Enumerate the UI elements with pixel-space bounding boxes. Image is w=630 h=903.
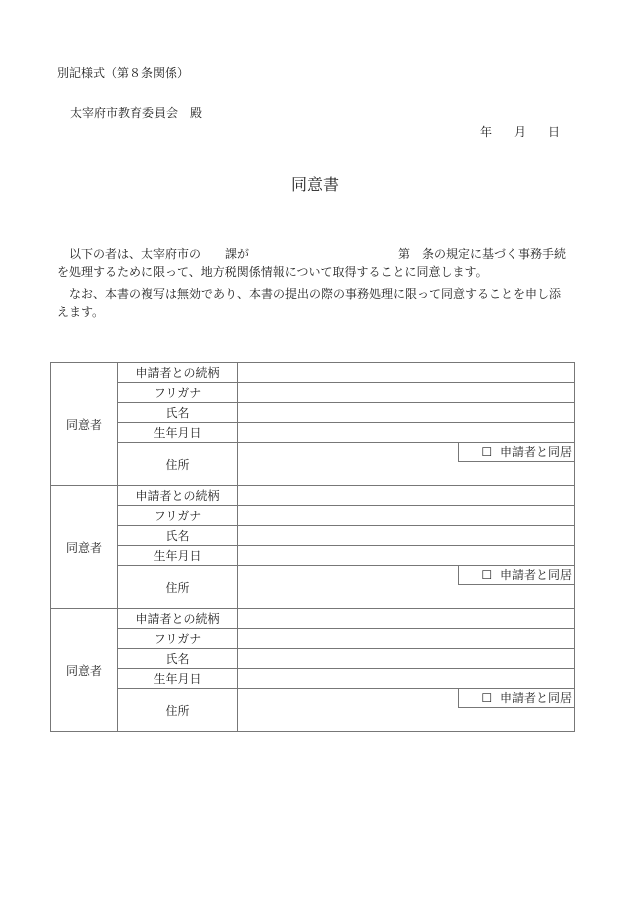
birthdate-input[interactable] [238, 546, 575, 566]
table-row: フリガナ [51, 383, 575, 403]
document-title: 同意書 [0, 175, 630, 195]
relationship-input[interactable] [238, 363, 575, 383]
table-row: 住所 ☐ 申請者と同居 [51, 443, 575, 486]
date-year-field[interactable]: 年 [480, 125, 514, 139]
field-label: 生年月日 [118, 669, 238, 689]
furigana-input[interactable] [238, 629, 575, 649]
table-row: 氏名 [51, 403, 575, 423]
cohabit-option[interactable]: ☐ 申請者と同居 [458, 442, 575, 462]
group-label: 同意者 [51, 363, 118, 486]
table-row: 氏名 [51, 649, 575, 669]
field-label: 申請者との続柄 [118, 609, 238, 629]
consent-table: 同意者 申請者との続柄 フリガナ 氏名 生年月日 住所 ☐ 申請者と同居 同意者… [50, 362, 575, 732]
checkbox-icon[interactable]: ☐ [481, 568, 492, 582]
form-label: 別記様式（第８条関係） [57, 66, 189, 80]
consent-paragraph-line: 以下の者は、太宰府市の 課が 第 条の規定に基づく事務手続 [57, 245, 577, 263]
furigana-input[interactable] [238, 383, 575, 403]
cohabit-option[interactable]: ☐ 申請者と同居 [458, 565, 575, 585]
cohabit-label: 申請者と同居 [500, 691, 572, 705]
field-label: 住所 [118, 566, 238, 609]
cohabit-option[interactable]: ☐ 申請者と同居 [458, 688, 575, 708]
consent-text-a: 以下の者は、太宰府市の 課が [57, 247, 249, 261]
relationship-input[interactable] [238, 486, 575, 506]
address-input[interactable]: ☐ 申請者と同居 [238, 689, 575, 732]
field-label: 住所 [118, 443, 238, 486]
table-row: 住所 ☐ 申請者と同居 [51, 689, 575, 732]
checkbox-icon[interactable]: ☐ [481, 691, 492, 705]
field-label: フリガナ [118, 629, 238, 649]
field-label: フリガナ [118, 383, 238, 403]
birthdate-input[interactable] [238, 423, 575, 443]
name-input[interactable] [238, 403, 575, 423]
field-label: 申請者との続柄 [118, 363, 238, 383]
table-row: 同意者 申請者との続柄 [51, 609, 575, 629]
addressee: 太宰府市教育委員会 殿 [70, 106, 202, 120]
field-label: 申請者との続柄 [118, 486, 238, 506]
field-label: 住所 [118, 689, 238, 732]
note-paragraph-line: なお、本書の複写は無効であり、本書の提出の際の事務処理に限って同意することを申し… [57, 285, 577, 303]
note-paragraph-line: えます。 [57, 303, 577, 321]
table-row: 同意者 申請者との続柄 [51, 486, 575, 506]
field-label: 生年月日 [118, 546, 238, 566]
consent-paragraph-line: を処理するために限って、地方税関係情報について取得することに同意します。 [57, 263, 577, 281]
field-label: 氏名 [118, 649, 238, 669]
table-row: 生年月日 [51, 423, 575, 443]
address-input[interactable]: ☐ 申請者と同居 [238, 566, 575, 609]
field-label: 氏名 [118, 403, 238, 423]
group-label: 同意者 [51, 486, 118, 609]
table-row: フリガナ [51, 629, 575, 649]
field-label: 氏名 [118, 526, 238, 546]
date-month-field[interactable]: 月 [514, 125, 548, 139]
name-input[interactable] [238, 649, 575, 669]
date-day-field[interactable]: 日 [548, 125, 560, 139]
table-row: 住所 ☐ 申請者と同居 [51, 566, 575, 609]
table-row: 同意者 申請者との続柄 [51, 363, 575, 383]
table-row: 生年月日 [51, 669, 575, 689]
cohabit-label: 申請者と同居 [500, 445, 572, 459]
address-input[interactable]: ☐ 申請者と同居 [238, 443, 575, 486]
consent-text-b: 第 条の規定に基づく事務手続 [398, 245, 566, 263]
field-label: フリガナ [118, 506, 238, 526]
checkbox-icon[interactable]: ☐ [481, 445, 492, 459]
name-input[interactable] [238, 526, 575, 546]
field-label: 生年月日 [118, 423, 238, 443]
table-row: 生年月日 [51, 546, 575, 566]
furigana-input[interactable] [238, 506, 575, 526]
cohabit-label: 申請者と同居 [500, 568, 572, 582]
date-line: 年月日 [480, 125, 560, 139]
birthdate-input[interactable] [238, 669, 575, 689]
table-row: フリガナ [51, 506, 575, 526]
group-label: 同意者 [51, 609, 118, 732]
table-row: 氏名 [51, 526, 575, 546]
relationship-input[interactable] [238, 609, 575, 629]
